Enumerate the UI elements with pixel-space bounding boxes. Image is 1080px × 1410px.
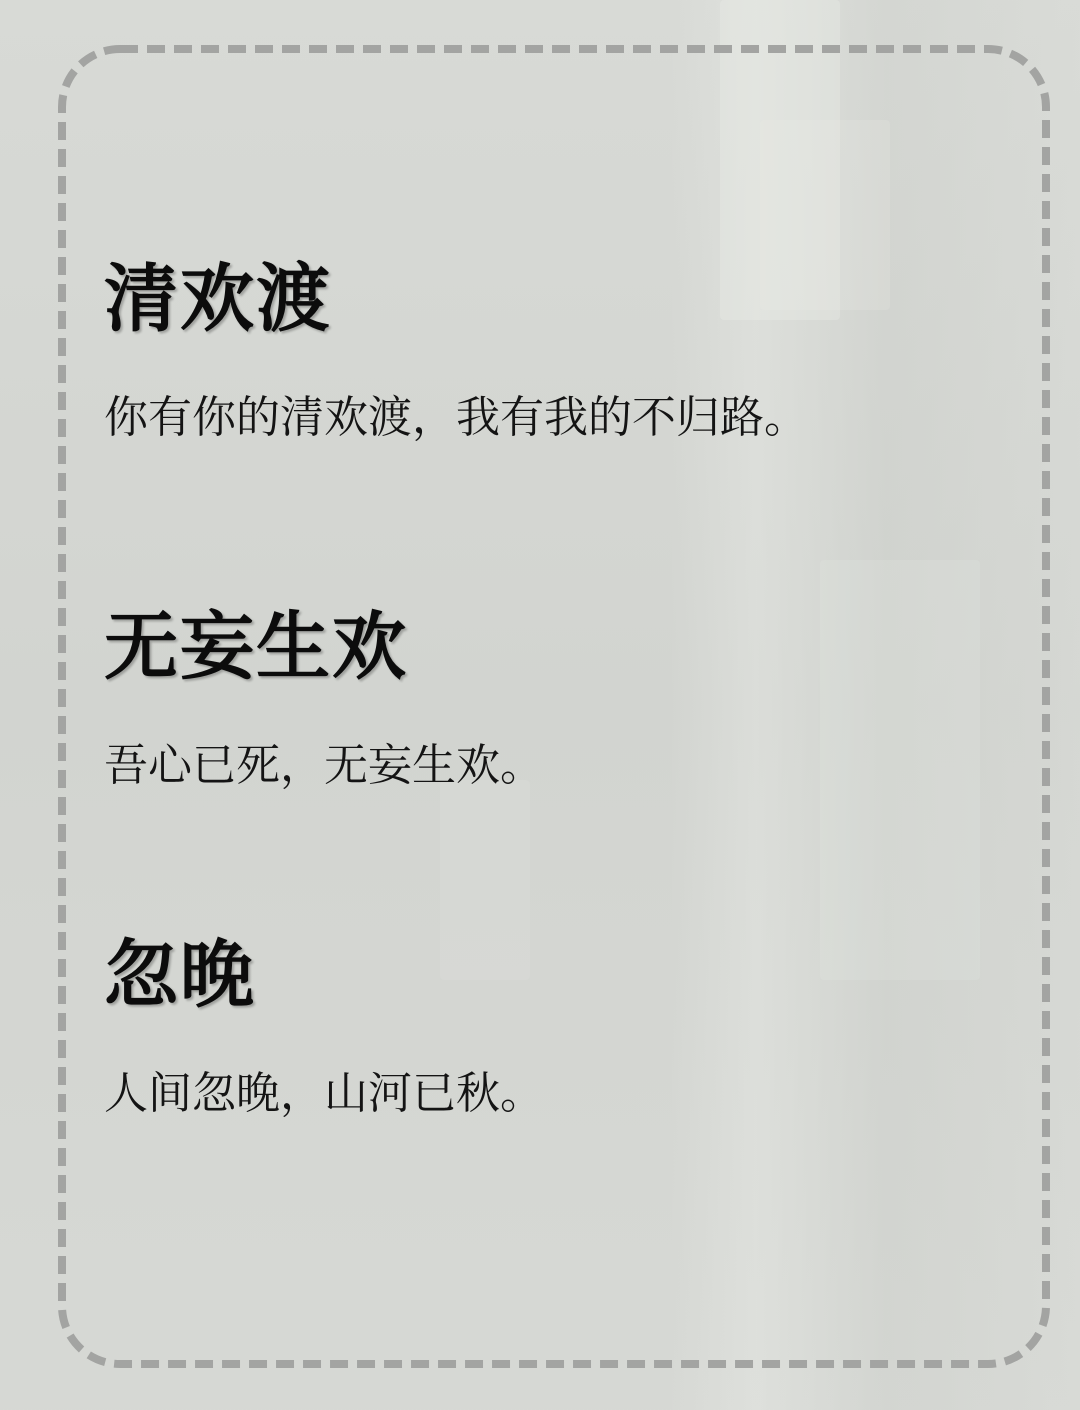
entry-title: 忽晚: [104, 938, 544, 1012]
entry-text: 吾心已死，无妄生欢。: [104, 744, 544, 788]
entry-qinghuandu: 清欢渡 你有你的清欢渡，我有我的不归路。: [104, 262, 808, 440]
entry-huwan: 忽晚 人间忽晚，山河已秋。: [104, 938, 544, 1116]
entry-title: 清欢渡: [104, 262, 808, 336]
entry-title: 无妄生欢: [104, 610, 544, 684]
entry-text: 人间忽晚，山河已秋。: [104, 1072, 544, 1116]
entry-text: 你有你的清欢渡，我有我的不归路。: [104, 396, 808, 440]
entry-wuwangshenghuan: 无妄生欢 吾心已死，无妄生欢。: [104, 610, 544, 788]
